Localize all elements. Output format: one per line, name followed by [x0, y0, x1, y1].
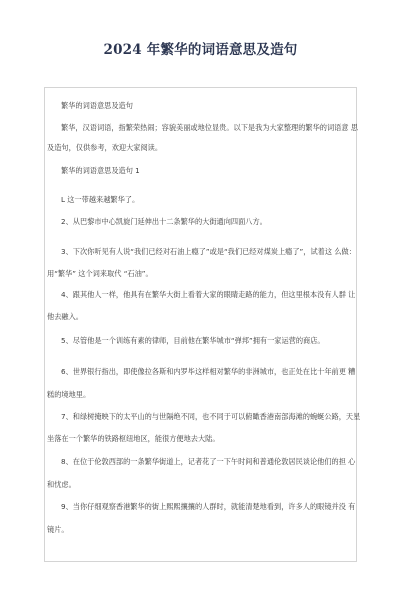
- sentence-line-2: 和忧虑。: [47, 481, 76, 489]
- sentence-line-1: 9、当你仔细观察香港繁华的街上熙熙攘攘的人群时，就能清楚地看到，许多人的眼镜并没…: [61, 503, 355, 511]
- sentence-line-2: 镜片。: [47, 526, 69, 534]
- sentence-line-1: 4、跟其他人一样，他具有在繁华大街上看着大家的眼睛走路的能力，但这里根本没有人群…: [61, 291, 355, 299]
- sentence-line-1: 8、在位于伦敦西部的一条繁华街道上，记者花了一下午时间和普通伦敦居民谈论他们的担…: [61, 458, 355, 466]
- sentence-line-1: 5、尽管他是一个训练有素的律师，目前他在繁华城市“弹邦”拥有一家运营的商店。: [61, 337, 325, 345]
- sentence-line-2: 他去融入。: [47, 313, 83, 321]
- sentence-line-2: 糕的境地里。: [47, 391, 90, 399]
- sentence-line-1: L 这一带越来越繁华了。: [61, 196, 139, 204]
- heading-text: 繁华的词语意思及造句: [61, 102, 133, 110]
- sentence-line-1: 7、和绿树掩映下的太平山的与世隔绝不同，也不同于可以俯瞰香港南部海滩的蜿蜒公路，…: [61, 413, 360, 421]
- intro-line-2: 及造句，仅供参考，欢迎大家阅读。: [47, 144, 162, 152]
- sentence-line-1: 2、从巴黎市中心凯旋门延伸出十二条繁华的大街通向四面八方。: [61, 218, 267, 226]
- document-title: 2024 年繁华的词语意思及造句: [0, 38, 401, 58]
- sentence-line-1: 3、下次你听见有人说“我们已经对石油上瘾了”或是“我们已经对煤炭上瘾了”，试着这…: [61, 248, 356, 256]
- sentence-line-2: 用“繁华” 这个词来取代 “石油”。: [47, 270, 153, 278]
- intro-line-1: 繁华，汉语词语，指繁荣热闹；容貌美丽或地位显贵。以下是我为大家整理的繁华的词语意…: [61, 124, 358, 132]
- section-title-text: 繁华的词语意思及造句 1: [61, 167, 140, 175]
- document-content-box: 繁华的词语意思及造句 繁华，汉语词语，指繁荣热闹；容貌美丽或地位显贵。以下是我为…: [44, 87, 357, 562]
- sentence-line-1: 6、世界银行指出，即使像拉各斯和内罗毕这样相对繁华的非洲城市，也正处在比十年前更…: [61, 368, 355, 376]
- sentence-line-2: 坐落在一个繁华的铁路枢纽地区，能很方便地去大陆。: [47, 435, 220, 443]
